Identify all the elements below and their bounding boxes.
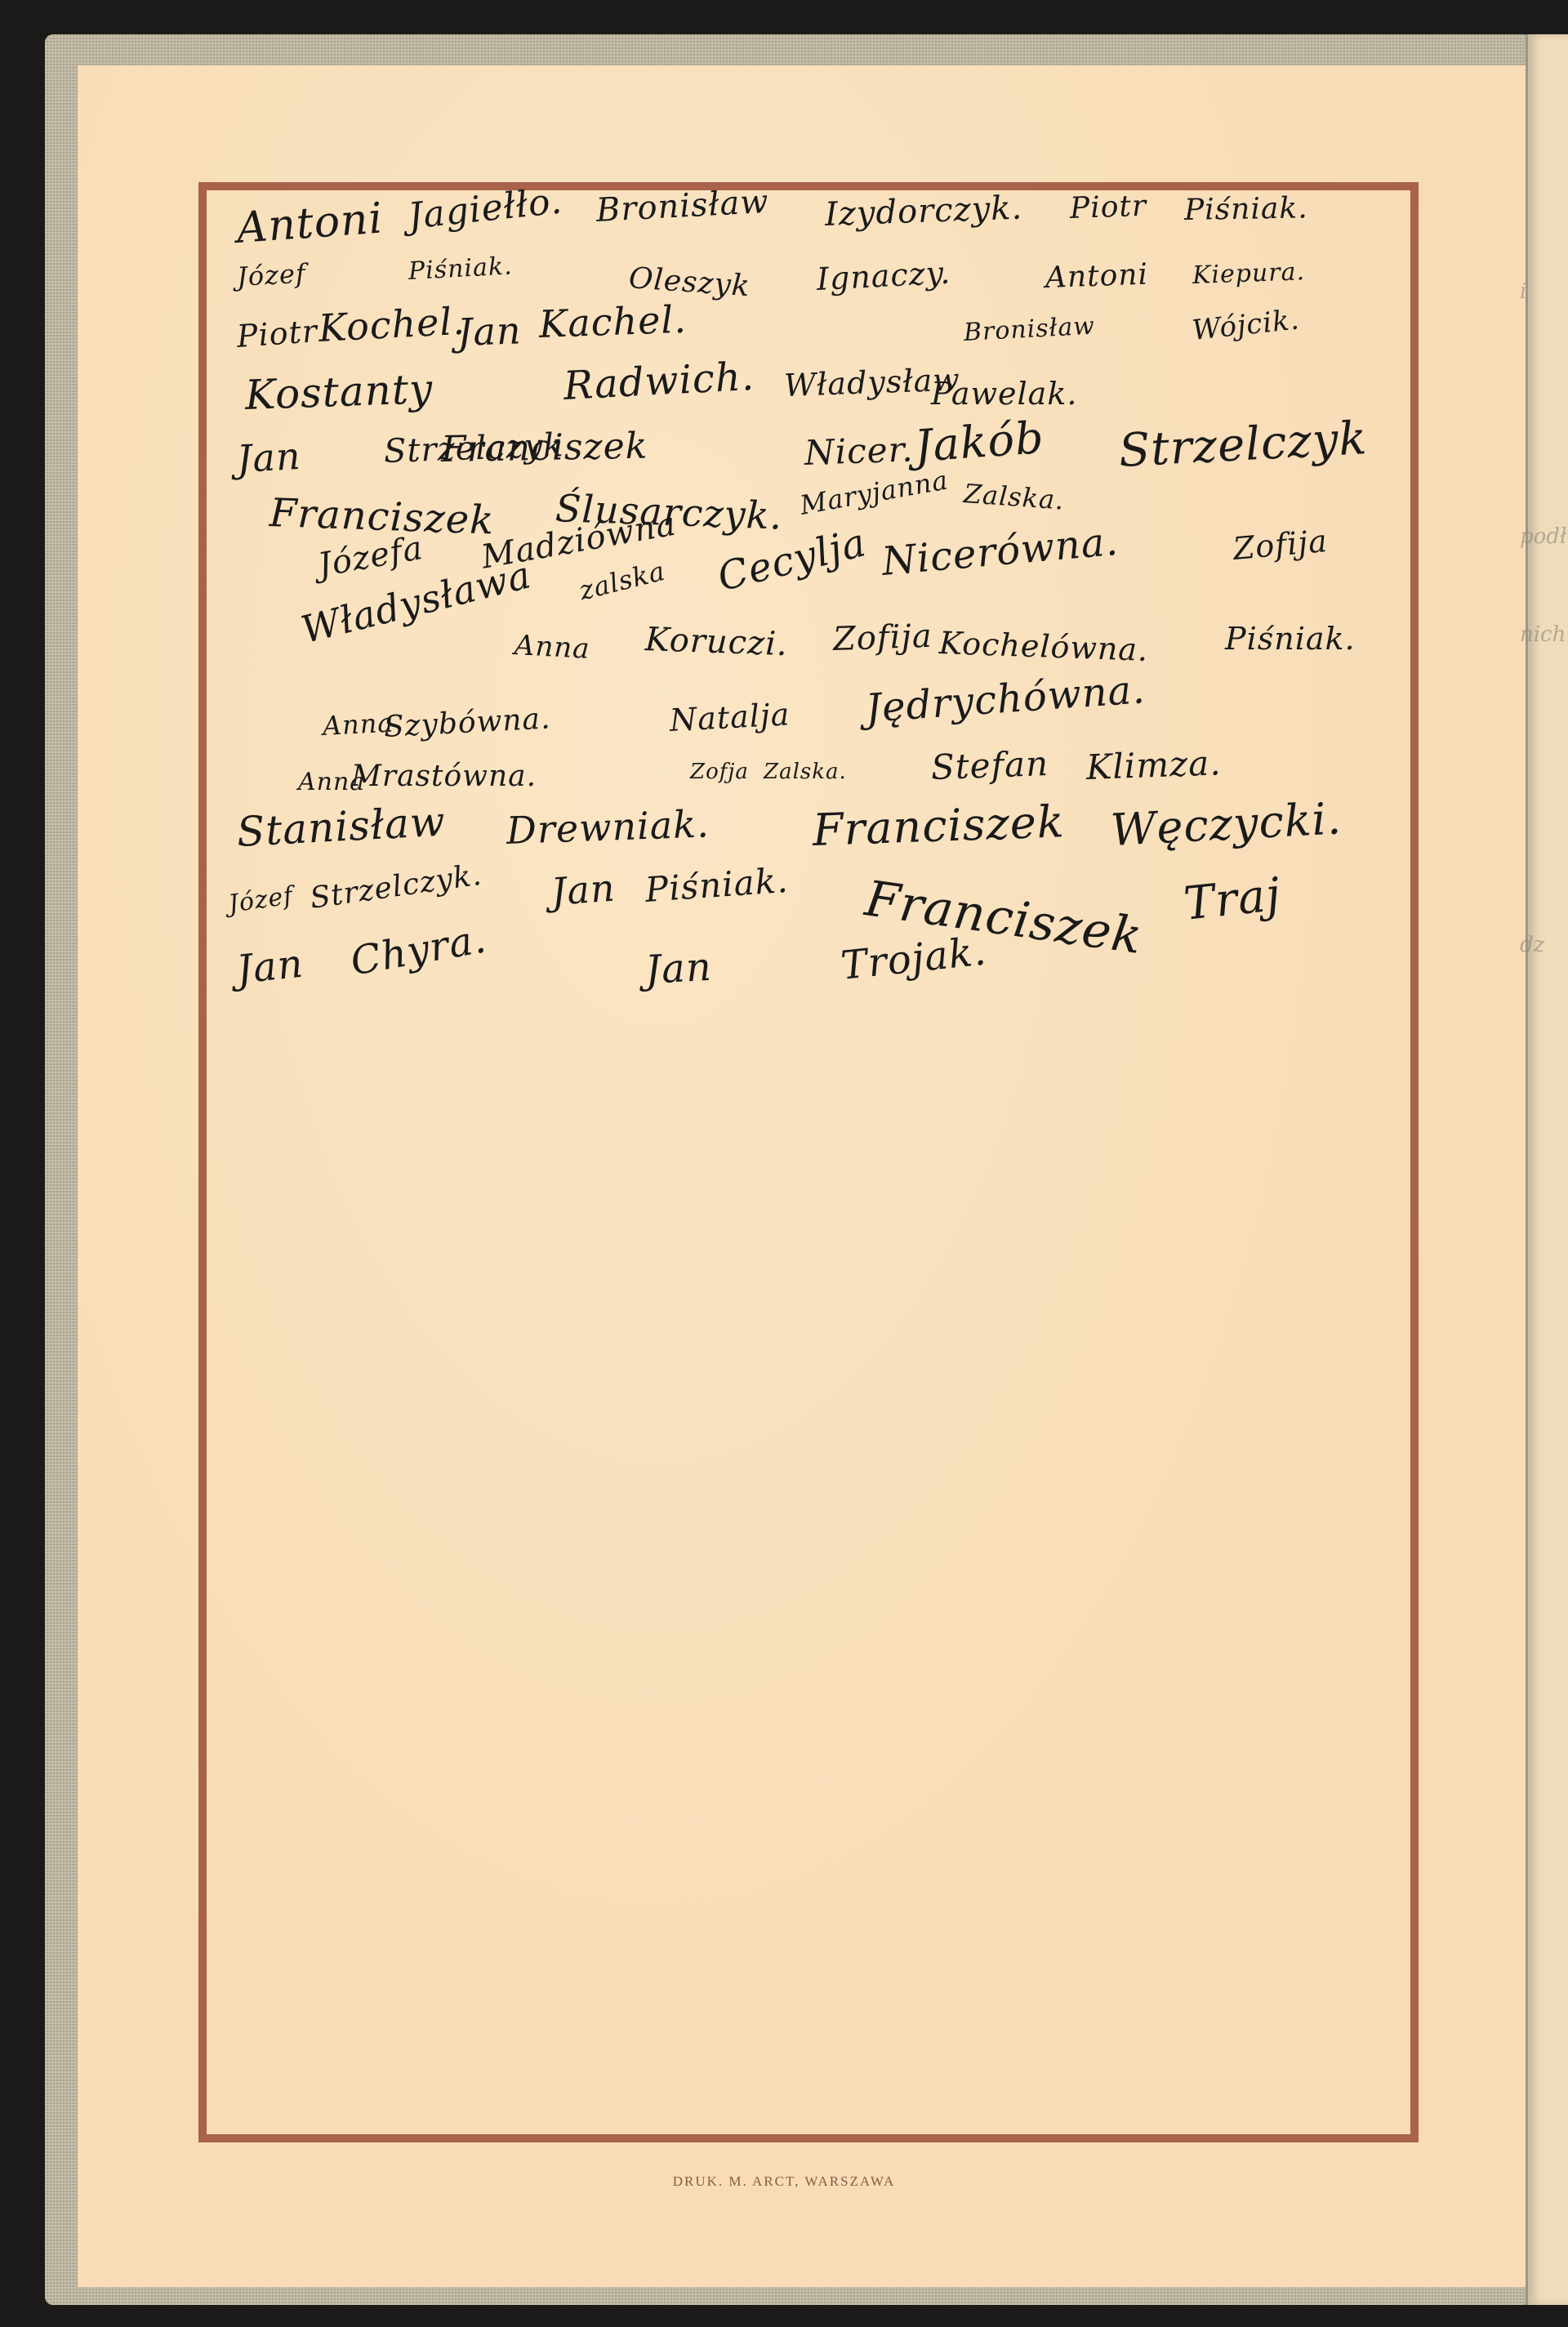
printer-imprint: DRUK. M. ARCT, WARSZAWA <box>0 2173 1568 2190</box>
adjacent-page-mark: dz <box>1520 933 1544 957</box>
handwritten-signature: Antoni <box>235 194 385 253</box>
handwritten-signature: Kachel. <box>538 297 688 346</box>
handwritten-signature: Franciszek <box>812 796 1066 856</box>
handwritten-signature: Jan <box>457 308 522 354</box>
handwritten-signature: Zofja <box>690 760 749 784</box>
decorative-border-frame <box>198 182 1419 2142</box>
handwritten-signature: Koruczi. <box>644 621 788 663</box>
handwritten-signature: Jakób <box>913 412 1046 472</box>
handwritten-signature: Piśniak. <box>408 252 513 286</box>
handwritten-signature: Piśniak. <box>1184 191 1308 227</box>
handwritten-signature: Piotr <box>235 313 318 354</box>
adjacent-page-mark: podł <box>1520 524 1566 549</box>
handwritten-signature: Mrastówna. <box>351 760 537 793</box>
handwritten-signature: Kostanty <box>244 365 434 419</box>
handwritten-signature: Nicer. <box>804 429 914 473</box>
handwritten-signature: Jan <box>236 434 302 481</box>
handwritten-signature: Jan <box>550 866 617 914</box>
handwritten-signature: Ignaczy. <box>816 254 951 297</box>
handwritten-signature: Kochel. <box>318 299 466 350</box>
handwritten-signature: Franciszek <box>441 426 648 470</box>
handwritten-signature: Izydorczyk. <box>824 189 1023 234</box>
handwritten-signature: Zalska. <box>764 760 847 784</box>
handwritten-signature: Józef <box>236 258 307 292</box>
handwritten-signature: Jan <box>234 941 305 993</box>
adjacent-page-mark: i <box>1520 279 1526 304</box>
handwritten-signature: Drewniak. <box>506 801 710 853</box>
handwritten-signature: Piśniak. <box>1225 621 1356 657</box>
handwritten-signature: Natalja <box>669 696 791 738</box>
handwritten-signature: Piotr <box>1069 189 1147 225</box>
handwritten-signature: Kiepura. <box>1192 257 1305 290</box>
handwritten-signature: Pawelak. <box>931 376 1077 412</box>
handwritten-signature: Anna <box>514 629 591 666</box>
handwritten-signature: Traj <box>1182 868 1284 931</box>
handwritten-signature: Zofija <box>832 617 933 658</box>
handwritten-signature: Jan <box>644 944 714 993</box>
adjacent-page-mark: nich <box>1520 622 1566 647</box>
handwritten-signature: Antoni <box>1045 258 1148 295</box>
handwritten-signature: Stefan <box>930 743 1049 787</box>
handwritten-signature: Kochelówna. <box>938 625 1149 668</box>
adjacent-page-edge: i podł nich dz <box>1526 34 1568 2305</box>
handwritten-signature: Klimza. <box>1085 742 1222 787</box>
